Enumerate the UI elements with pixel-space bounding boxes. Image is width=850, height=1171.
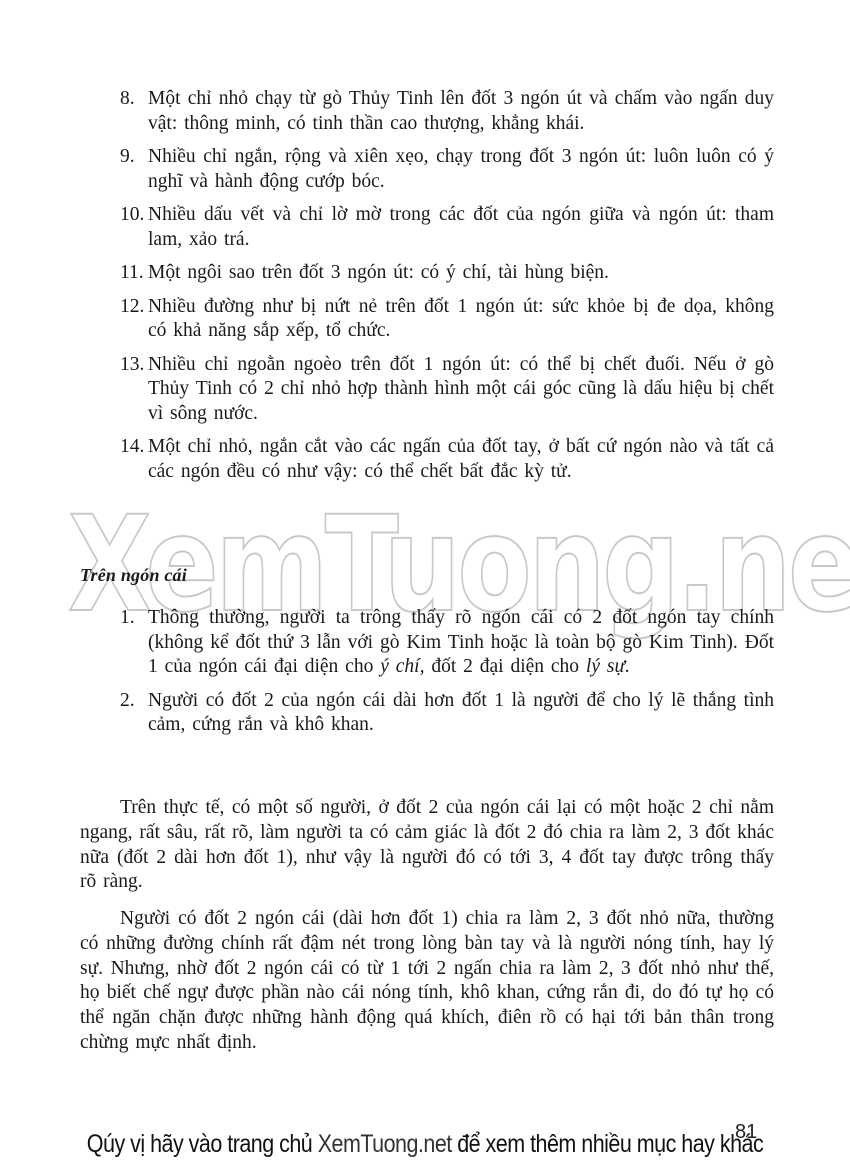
item-text: Một ngôi sao trên đốt 3 ngón út: có ý ch… — [148, 261, 774, 286]
item-text: Người có đốt 2 của ngón cái dài hơn đốt … — [148, 689, 774, 738]
item-number: 10. — [120, 203, 148, 252]
item-text: Một chỉ nhỏ, ngắn cắt vào các ngấn của đ… — [148, 435, 774, 484]
item-number: 1. — [120, 606, 148, 680]
book-page: XemTuong.net 8. Một chỉ nhỏ chạy từ gò T… — [0, 0, 850, 1171]
text-run: đốt 2 đại diện cho — [424, 656, 585, 677]
item-number: 9. — [120, 145, 148, 194]
footer-text: để xem thêm nhiều mục hay khác — [452, 1130, 763, 1158]
list-item: 1. Thông thường, người ta trông thấy rõ … — [120, 606, 774, 680]
item-text: Thông thường, người ta trông thấy rõ ngó… — [148, 606, 774, 680]
footer-banner: Qúy vị hãy vào trang chủ XemTuong.net để… — [60, 1130, 791, 1159]
list-item: 11. Một ngôi sao trên đốt 3 ngón út: có … — [120, 261, 774, 286]
item-text: Nhiều đường như bị nứt nẻ trên đốt 1 ngó… — [148, 295, 774, 344]
body-paragraph: Người có đốt 2 ngón cái (dài hơn đốt 1) … — [80, 907, 774, 1056]
list-item: 12. Nhiều đường như bị nứt nẻ trên đốt 1… — [120, 295, 774, 344]
item-number: 13. — [120, 353, 148, 427]
footer-site-link[interactable]: XemTuong.net — [318, 1130, 452, 1158]
italic-term: lý sự. — [586, 656, 630, 677]
item-number: 8. — [120, 87, 148, 136]
item-number: 12. — [120, 295, 148, 344]
item-text: Nhiều chỉ ngắn, rộng và xiên xẹo, chạy t… — [148, 145, 774, 194]
list-item: 10. Nhiều dấu vết và chỉ lờ mờ trong các… — [120, 203, 774, 252]
list-item: 13. Nhiều chỉ ngoằn ngoèo trên đốt 1 ngó… — [120, 353, 774, 427]
numbered-list-thumb: 1. Thông thường, người ta trông thấy rõ … — [120, 606, 774, 747]
item-text: Một chỉ nhỏ chạy từ gò Thủy Tinh lên đốt… — [148, 87, 774, 136]
body-paragraph: Trên thực tế, có một số người, ở đốt 2 c… — [80, 796, 774, 895]
item-text: Nhiều chỉ ngoằn ngoèo trên đốt 1 ngón út… — [148, 353, 774, 427]
page-number: 81 — [735, 1121, 757, 1144]
item-number: 2. — [120, 689, 148, 738]
section-heading: Trên ngón cái — [80, 565, 187, 586]
italic-term: ý chí, — [380, 656, 424, 677]
list-item: 14. Một chỉ nhỏ, ngắn cắt vào các ngấn c… — [120, 435, 774, 484]
footer-text: Qúy vị hãy vào trang chủ — [87, 1130, 318, 1158]
list-item: 2. Người có đốt 2 của ngón cái dài hơn đ… — [120, 689, 774, 738]
item-number: 11. — [120, 261, 148, 286]
list-item: 8. Một chỉ nhỏ chạy từ gò Thủy Tinh lên … — [120, 87, 774, 136]
item-text: Nhiều dấu vết và chỉ lờ mờ trong các đốt… — [148, 203, 774, 252]
item-number: 14. — [120, 435, 148, 484]
numbered-list-continued: 8. Một chỉ nhỏ chạy từ gò Thủy Tinh lên … — [120, 87, 774, 493]
list-item: 9. Nhiều chỉ ngắn, rộng và xiên xẹo, chạ… — [120, 145, 774, 194]
